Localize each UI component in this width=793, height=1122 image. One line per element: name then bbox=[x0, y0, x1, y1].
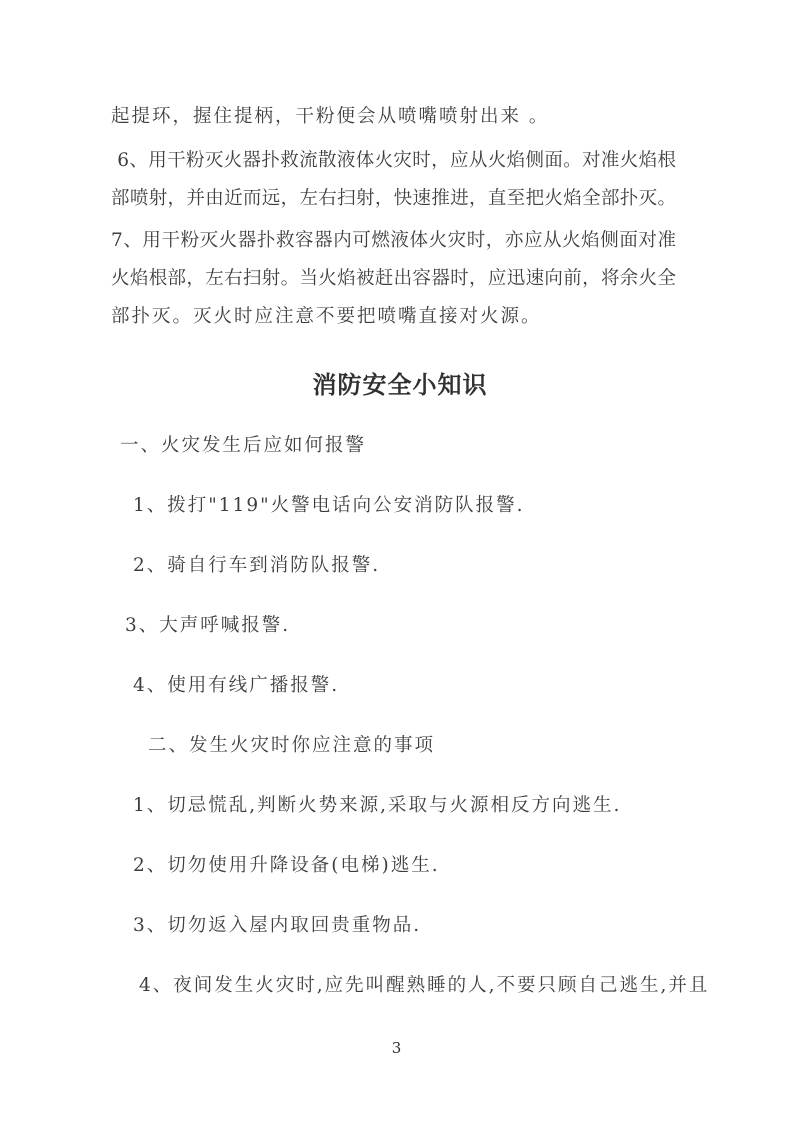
document-heading: 消防安全小知识 bbox=[124, 368, 676, 402]
paragraph-line: 起提环，握住提柄，干粉便会从喷嘴喷射出来 。 bbox=[111, 98, 676, 136]
paragraph-line: 部扑灭。灭火时应注意不要把喷嘴直接对火源。 bbox=[111, 298, 676, 336]
paragraph-line: 部喷射，并由近而远，左右扫射，快速推进，直至把火焰全部扑灭。 bbox=[111, 180, 676, 218]
section-how-to-report: 一、火灾发生后应如何报警 1、拨打"119"火警电话向公安消防队报警. 2、骑自… bbox=[111, 433, 676, 699]
list-item: 1、切忌慌乱,判断火势来源,采取与火源相反方向逃生. bbox=[133, 793, 676, 819]
list-item: 4、夜间发生火灾时,应先叫醒熟睡的人,不要只顾自己逃生,并且 bbox=[139, 973, 676, 999]
paragraph-line: 6、用干粉灭火器扑救流散液体火灾时，应从火焰侧面。对准火焰根 bbox=[111, 142, 676, 180]
page-number: 3 bbox=[0, 1038, 793, 1058]
paragraph-line: 7、用干粉灭火器扑救容器内可燃液体火灾时，亦应从火焰侧面对准 bbox=[111, 222, 676, 260]
list-item: 4、使用有线广播报警. bbox=[133, 673, 676, 699]
list-item: 3、大声呼喊报警. bbox=[125, 613, 676, 639]
document-content: 起提环，握住提柄，干粉便会从喷嘴喷射出来 。 6、用干粉灭火器扑救流散液体火灾时… bbox=[111, 0, 676, 999]
list-item: 1、拨打"119"火警电话向公安消防队报警. bbox=[133, 493, 676, 519]
section-title: 一、火灾发生后应如何报警 bbox=[120, 433, 676, 459]
section-title: 二、发生火灾时你应注意的事项 bbox=[148, 733, 676, 759]
document-page: 起提环，握住提柄，干粉便会从喷嘴喷射出来 。 6、用干粉灭火器扑救流散液体火灾时… bbox=[0, 0, 793, 1122]
paragraph-line: 火焰根部，左右扫射。当火焰被赶出容器时，应迅速向前，将余火全 bbox=[111, 260, 676, 298]
list-item: 3、切勿返入屋内取回贵重物品. bbox=[133, 913, 676, 939]
list-item: 2、骑自行车到消防队报警. bbox=[133, 553, 676, 579]
list-item: 2、切勿使用升降设备(电梯)逃生. bbox=[133, 853, 676, 879]
section-fire-precautions: 二、发生火灾时你应注意的事项 1、切忌慌乱,判断火势来源,采取与火源相反方向逃生… bbox=[111, 733, 676, 999]
intro-paragraphs: 起提环，握住提柄，干粉便会从喷嘴喷射出来 。 6、用干粉灭火器扑救流散液体火灾时… bbox=[111, 0, 676, 336]
